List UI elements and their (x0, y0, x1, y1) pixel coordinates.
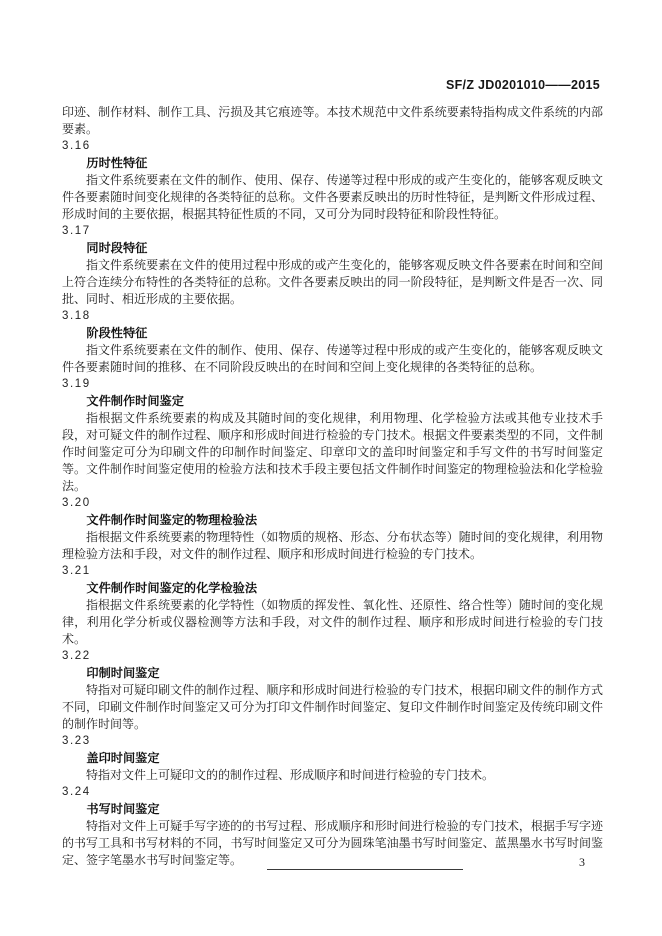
section: 3.24 书写时间鉴定 特指对文件上可疑手写字迹的的书写过程、形成顺序和形时间进… (62, 784, 603, 869)
section: 3.19 文件制作时间鉴定 指根据文件系统要素的构成及其随时间的变化规律，利用物… (62, 376, 603, 495)
section-body: 特指对可疑印刷文件的制作过程、顺序和形成时间进行检验的专门技术，根据印刷文件的制… (62, 682, 603, 733)
section-body: 指根据文件系统要素的构成及其随时间的变化规律，利用物理、化学检验方法或其他专业技… (62, 410, 603, 495)
section-number: 3.19 (62, 376, 603, 393)
standard-code-header: SF/Z JD0201010——2015 (446, 78, 600, 92)
section-title: 历时性特征 (62, 155, 603, 172)
section: 3.21 文件制作时间鉴定的化学检验法 指根据文件系统要素的化学特性（如物质的挥… (62, 563, 603, 648)
section-title: 同时段特征 (62, 240, 603, 257)
section-title: 盖印时间鉴定 (62, 750, 603, 767)
section-number: 3.20 (62, 495, 603, 512)
section-title: 文件制作时间鉴定的化学检验法 (62, 580, 603, 597)
section-body: 指根据文件系统要素的物理特性（如物质的规格、形态、分布状态等）随时间的变化规律，… (62, 529, 603, 563)
section: 3.18 阶段性特征 指文件系统要素在文件的制作、使用、保存、传递等过程中形成的… (62, 308, 603, 376)
section-number: 3.18 (62, 308, 603, 325)
section-title: 印制时间鉴定 (62, 665, 603, 682)
section-body: 指文件系统要素在文件的制作、使用、保存、传递等过程中形成的或产生变化的，能够客观… (62, 172, 603, 223)
section-title: 书写时间鉴定 (62, 801, 603, 818)
footer-rule (267, 869, 463, 870)
sections-container: 3.16 历时性特征 指文件系统要素在文件的制作、使用、保存、传递等过程中形成的… (62, 138, 603, 869)
section-number: 3.16 (62, 138, 603, 155)
section-title: 文件制作时间鉴定 (62, 393, 603, 410)
intro-paragraph: 印迹、制作材料、制作工具、污损及其它痕迹等。本技术规范中文件系统要素特指构成文件… (62, 104, 603, 138)
document-page: SF/Z JD0201010——2015 印迹、制作材料、制作工具、污损及其它痕… (0, 0, 662, 936)
document-body: 印迹、制作材料、制作工具、污损及其它痕迹等。本技术规范中文件系统要素特指构成文件… (62, 104, 603, 869)
section-number: 3.17 (62, 223, 603, 240)
section: 3.17 同时段特征 指文件系统要素在文件的使用过程中形成的或产生变化的，能够客… (62, 223, 603, 308)
section-number: 3.23 (62, 733, 603, 750)
section: 3.16 历时性特征 指文件系统要素在文件的制作、使用、保存、传递等过程中形成的… (62, 138, 603, 223)
section-number: 3.24 (62, 784, 603, 801)
section: 3.23 盖印时间鉴定 特指对文件上可疑印文的的制作过程、形成顺序和时间进行检验… (62, 733, 603, 784)
section-body: 指文件系统要素在文件的制作、使用、保存、传递等过程中形成的或产生变化的，能够客观… (62, 342, 603, 376)
section-body: 特指对文件上可疑印文的的制作过程、形成顺序和时间进行检验的专门技术。 (62, 767, 603, 784)
section: 3.22 印制时间鉴定 特指对可疑印刷文件的制作过程、顺序和形成时间进行检验的专… (62, 648, 603, 733)
section-title: 文件制作时间鉴定的物理检验法 (62, 512, 603, 529)
section-number: 3.22 (62, 648, 603, 665)
section: 3.20 文件制作时间鉴定的物理检验法 指根据文件系统要素的物理特性（如物质的规… (62, 495, 603, 563)
section-number: 3.21 (62, 563, 603, 580)
section-body: 指根据文件系统要素的化学特性（如物质的挥发性、氧化性、还原性、络合性等）随时间的… (62, 597, 603, 648)
section-body: 指文件系统要素在文件的使用过程中形成的或产生变化的，能够客观反映文件各要素在时间… (62, 257, 603, 308)
section-title: 阶段性特征 (62, 325, 603, 342)
page-number: 3 (579, 855, 585, 870)
section-body: 特指对文件上可疑手写字迹的的书写过程、形成顺序和形时间进行检验的专门技术，根据手… (62, 818, 603, 869)
